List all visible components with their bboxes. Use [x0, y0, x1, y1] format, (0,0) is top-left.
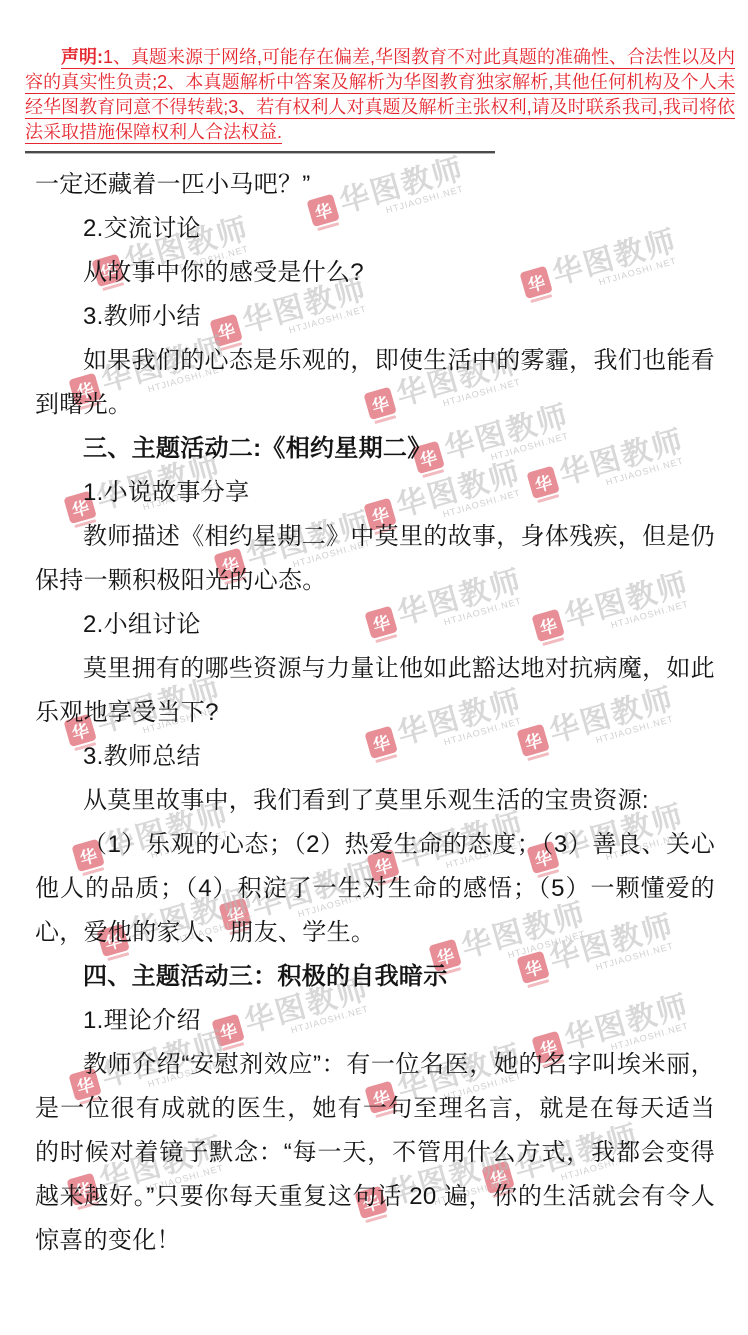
document-page: 华华图教师HTJIAOSHI.NET华华图教师HTJIAOSHI.NET华华图教… — [0, 0, 748, 1335]
paragraph: 2.交流讨论 — [35, 207, 715, 251]
paragraph: 教师描述《相约星期二》中莫里的故事，身体残疾，但是仍保持一颗积极阳光的心态。 — [35, 515, 715, 603]
paragraph: 如果我们的心态是乐观的，即使生活中的雾霾，我们也能看到曙光。 — [35, 339, 715, 427]
paragraph: 教师介绍“安慰剂效应”：有一位名医，她的名字叫埃米丽，是一位很有成就的医生，她有… — [35, 1043, 715, 1263]
paragraph: 一定还藏着一匹小马吧？” — [35, 163, 715, 207]
paragraph: 3.教师小结 — [35, 295, 715, 339]
paragraph: （1）乐观的心态；（2）热爱生命的态度；（3）善良、关心他人的品质；（4）积淀了… — [35, 823, 715, 955]
section-heading: 四、主题活动三：积极的自我暗示 — [35, 955, 715, 999]
paragraph: 1.小说故事分享 — [35, 471, 715, 515]
disclaimer-divider — [25, 151, 495, 154]
paragraph: 从故事中你的感受是什么? — [35, 251, 715, 295]
disclaimer: 声明:1、真题来源于网络,可能存在偏差,华图教育不对此真题的准确性、合法性以及内… — [0, 0, 748, 145]
paragraph: 3.教师总结 — [35, 735, 715, 779]
paragraph: 莫里拥有的哪些资源与力量让他如此豁达地对抗病魔，如此乐观地享受当下? — [35, 647, 715, 735]
disclaimer-text: 1、真题来源于网络,可能存在偏差,华图教育不对此真题的准确性、合法性以及内容的真… — [25, 47, 735, 142]
document-body: 一定还藏着一匹小马吧？”2.交流讨论从故事中你的感受是什么?3.教师小结如果我们… — [35, 163, 715, 1263]
paragraph: 2.小组讨论 — [35, 603, 715, 647]
disclaimer-label: 声明: — [61, 47, 103, 67]
section-heading: 三、主题活动二:《相约星期二》 — [35, 427, 715, 471]
paragraph: 1.理论介绍 — [35, 999, 715, 1043]
paragraph: 从莫里故事中，我们看到了莫里乐观生活的宝贵资源: — [35, 779, 715, 823]
